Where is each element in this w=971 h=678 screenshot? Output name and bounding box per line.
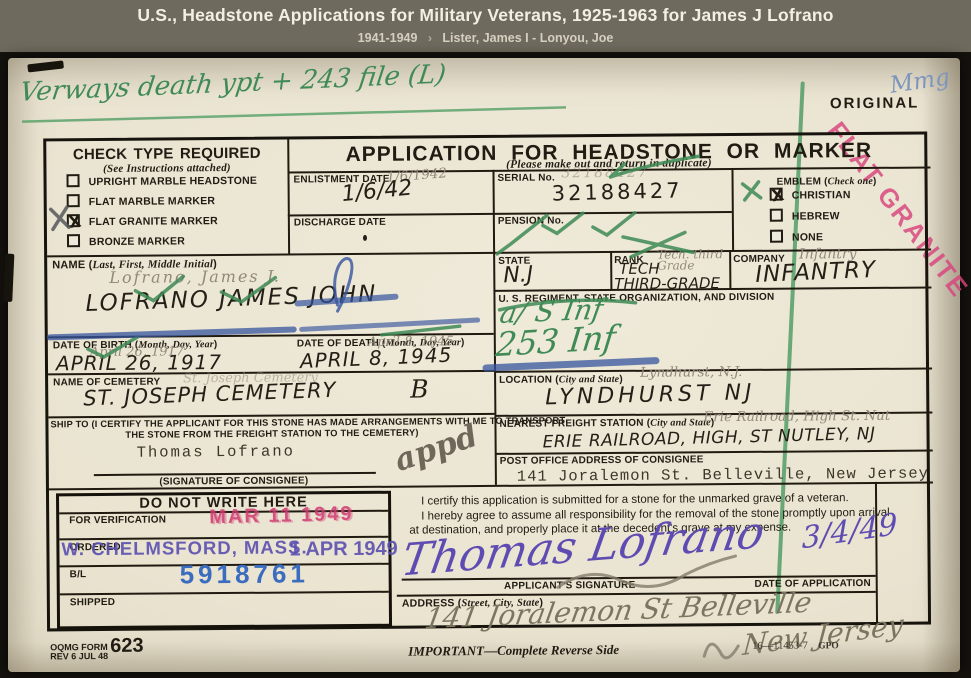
name-label-pre: NAME ( bbox=[52, 259, 92, 271]
po-address-label: POST OFFICE ADDRESS OF CONSIGNEE bbox=[500, 454, 704, 467]
for-verification-label: FOR VERIFICATION bbox=[69, 515, 166, 527]
bl-number-stamp: 5918761 bbox=[180, 560, 309, 587]
record-viewer: U.S., Headstone Applications for Militar… bbox=[0, 0, 971, 678]
emblem-label-italic: Check one bbox=[828, 176, 874, 187]
chevron-right-icon: › bbox=[421, 31, 439, 45]
verification-date-stamp: MAR 11 1949 bbox=[209, 504, 354, 528]
consignee-typed-name: Thomas Lofrano bbox=[137, 442, 295, 461]
option-label: HEBREW bbox=[792, 210, 840, 222]
regiment-green-note-2: 253 Inf bbox=[494, 321, 618, 362]
option-label: UPRIGHT MARBLE HEADSTONE bbox=[89, 175, 258, 188]
check-type-subtitle: (See Instructions attached) bbox=[46, 162, 287, 176]
location-value: LYNDHURST NJ bbox=[545, 382, 756, 409]
company-value: INFANTRY bbox=[755, 259, 877, 287]
original-label: ORIGINAL bbox=[830, 95, 919, 113]
form-code-line2: REV 6 JUL 48 bbox=[50, 652, 108, 661]
rule bbox=[731, 168, 734, 250]
freight-station-pencil: Erie Railroad, High St. Nut bbox=[703, 410, 890, 425]
freight-label-pre: NEAREST FREIGHT STATION ( bbox=[499, 418, 650, 430]
enlistment-date-value: 1/6/42 bbox=[341, 178, 414, 207]
green-file-note: Verways death ypt + 243 file (L) bbox=[18, 61, 447, 105]
record-title: U.S., Headstone Applications for Militar… bbox=[0, 5, 971, 26]
consignee-signature-label: (SIGNATURE OF CONSIGNEE) bbox=[119, 475, 349, 488]
option-label: FLAT MARBLE MARKER bbox=[89, 195, 216, 208]
document-content: Verways death ypt + 243 file (L) ORIGINA… bbox=[6, 54, 963, 675]
date-of-death-value: APRIL 8, 1945 bbox=[300, 345, 453, 371]
dob-label-post: ) bbox=[214, 339, 218, 350]
location-label-pre: LOCATION ( bbox=[499, 374, 559, 385]
breadcrumb-range-link[interactable]: 1941-1949 bbox=[358, 31, 418, 45]
form-code: OQMG FORM REV 6 JUL 48 bbox=[50, 643, 108, 661]
checkbox-bronze[interactable] bbox=[67, 234, 80, 247]
emblem-label-pre: EMBLEM ( bbox=[777, 176, 828, 187]
ordered-date-stamp: 1 APR 1949 bbox=[289, 539, 397, 560]
dod-label-post: ) bbox=[461, 337, 465, 348]
checkbox-flat-granite[interactable]: X bbox=[67, 214, 80, 227]
serial-no-label: SERIAL No. bbox=[497, 172, 554, 183]
rule bbox=[492, 170, 496, 485]
emblem-label-post: ) bbox=[873, 176, 877, 187]
important-rest: —Complete Reverse Side bbox=[484, 642, 619, 658]
emblem-label: EMBLEM (Check one) bbox=[737, 176, 917, 188]
applicant-signature-label: APPLICANT'S SIGNATURE bbox=[455, 579, 685, 592]
rank-value-line2: THIRD-GRADE bbox=[614, 276, 720, 292]
freight-station-value: ERIE RAILROAD, HIGH, ST NUTLEY, NJ bbox=[542, 426, 875, 451]
location-pencil: Lyndhurst, N.J. bbox=[640, 366, 742, 380]
cemetery-value: ST. JOSEPH CEMETERY bbox=[83, 380, 337, 410]
form-number: 623 bbox=[110, 642, 143, 651]
important-word: IMPORTANT bbox=[408, 643, 484, 659]
ordered-place-stamp: W. CHELMSFORD, MASS. bbox=[61, 538, 307, 558]
ink-dot bbox=[363, 235, 367, 241]
checkbox-mark: X bbox=[68, 211, 83, 232]
gpo-label: GPO bbox=[818, 641, 839, 651]
cemetery-hand-note: B bbox=[410, 376, 429, 401]
document-scan: Verways death ypt + 243 file (L) ORIGINA… bbox=[8, 58, 960, 672]
option-label: NONE bbox=[792, 231, 823, 243]
headstone-application-form: CHECK TYPE REQUIRED (See Instructions at… bbox=[43, 132, 931, 632]
checkbox-christian[interactable]: X bbox=[770, 188, 783, 201]
bl-label: B/L bbox=[70, 569, 87, 580]
torn-edge bbox=[3, 254, 14, 302]
breadcrumb-section-link[interactable]: Lister, James I - Lonyou, Joe bbox=[442, 31, 613, 45]
option-label: BRONZE MARKER bbox=[89, 235, 185, 248]
name-value: LOFRANO JAMES JOHN bbox=[85, 283, 378, 316]
discharge-date-label: DISCHARGE DATE bbox=[294, 217, 386, 229]
shipped-label: SHIPPED bbox=[70, 597, 115, 608]
date-of-birth-value: APRIL 26, 1917 bbox=[56, 352, 222, 373]
freight-label-italic: City and State bbox=[650, 417, 711, 428]
state-value: N.J bbox=[503, 264, 534, 287]
serial-no-value: 32188427 bbox=[551, 180, 682, 204]
checkbox-none[interactable] bbox=[770, 230, 783, 243]
print-code: 16—11453-7 bbox=[752, 640, 808, 651]
option-label: CHRISTIAN bbox=[792, 189, 851, 201]
important-note: IMPORTANT—Complete Reverse Side bbox=[408, 642, 619, 660]
po-address-typed: 141 Joralemon St. Belleville, New Jersey bbox=[517, 465, 929, 486]
viewer-header: U.S., Headstone Applications for Militar… bbox=[0, 0, 971, 52]
name-pencil: Lofrano, James J. bbox=[109, 269, 281, 286]
checkbox-mark: X bbox=[770, 185, 785, 206]
option-label: FLAT GRANITE MARKER bbox=[89, 215, 218, 228]
pension-no-label: PENSION No. bbox=[498, 215, 564, 227]
serial-no-pencil: 32188427 bbox=[561, 166, 648, 181]
check-type-title: CHECK TYPE REQUIRED bbox=[46, 145, 287, 164]
breadcrumb: 1941-1949 › Lister, James I - Lonyou, Jo… bbox=[0, 31, 971, 45]
checkbox-hebrew[interactable] bbox=[770, 209, 783, 222]
torn-edge bbox=[27, 60, 64, 72]
blue-corner-note: Mmg bbox=[888, 66, 951, 98]
rule bbox=[610, 251, 612, 289]
checkbox-upright-marble[interactable] bbox=[66, 174, 79, 187]
checkbox-flat-marble[interactable] bbox=[67, 194, 80, 207]
